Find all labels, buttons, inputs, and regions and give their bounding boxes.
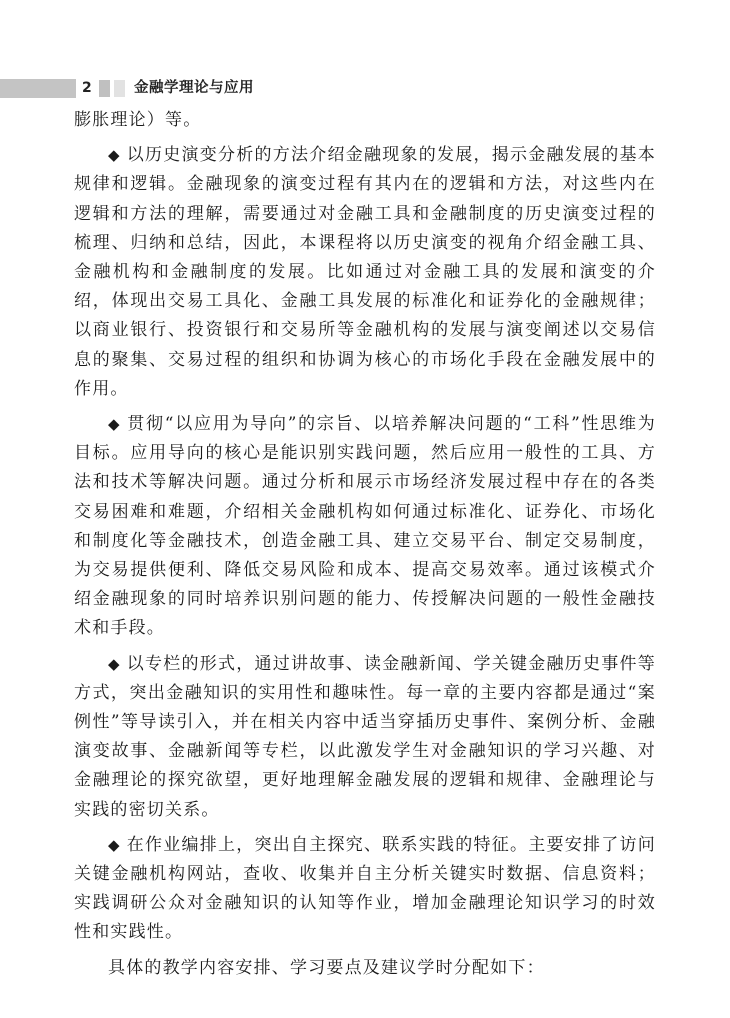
page-body: 膨胀理论）等。 ◆以历史演变分析的方法介绍金融现象的发展，揭示金融发展的基本规律… (74, 106, 656, 983)
book-title: 金融学理论与应用 (134, 79, 254, 98)
paragraph-text: 以专栏的形式，通过讲故事、读金融新闻、学关键金融历史事件等方式，突出金融知识的实… (74, 654, 656, 820)
page-number: 2 (82, 79, 92, 98)
header-decorative-bar (0, 79, 76, 98)
bullet-paragraph-history: ◆以历史演变分析的方法介绍金融现象的发展，揭示金融发展的基本规律和逻辑。金融现象… (74, 141, 656, 404)
paragraph-text: 以历史演变分析的方法介绍金融现象的发展，揭示金融发展的基本规律和逻辑。金融现象的… (74, 145, 656, 399)
closing-paragraph: 具体的教学内容安排、学习要点及建议学时分配如下： (74, 954, 656, 983)
diamond-bullet-icon: ◆ (108, 415, 121, 433)
diamond-bullet-icon: ◆ (108, 836, 121, 854)
paragraph-text: 在作业编排上，突出自主探究、联系实践的特征。主要安排了访问关键金融机构网站，查收… (74, 835, 656, 943)
paragraph-text: 贯彻“以应用为导向”的宗旨、以培养解决问题的“工科”性思维为目标。应用导向的核心… (74, 414, 656, 638)
bullet-paragraph-homework: ◆在作业编排上，突出自主探究、联系实践的特征。主要安排了访问关键金融机构网站，查… (74, 831, 656, 948)
diamond-bullet-icon: ◆ (108, 146, 121, 164)
header-decorative-square-dark (99, 80, 110, 97)
bullet-paragraph-application: ◆贯彻“以应用为导向”的宗旨、以培养解决问题的“工科”性思维为目标。应用导向的核… (74, 410, 656, 644)
continuation-paragraph: 膨胀理论）等。 (74, 106, 656, 135)
header-decorative-square-light (114, 80, 125, 97)
running-header: 2 金融学理论与应用 (0, 79, 730, 98)
diamond-bullet-icon: ◆ (108, 655, 121, 673)
bullet-paragraph-column: ◆以专栏的形式，通过讲故事、读金融新闻、学关键金融历史事件等方式，突出金融知识的… (74, 650, 656, 825)
